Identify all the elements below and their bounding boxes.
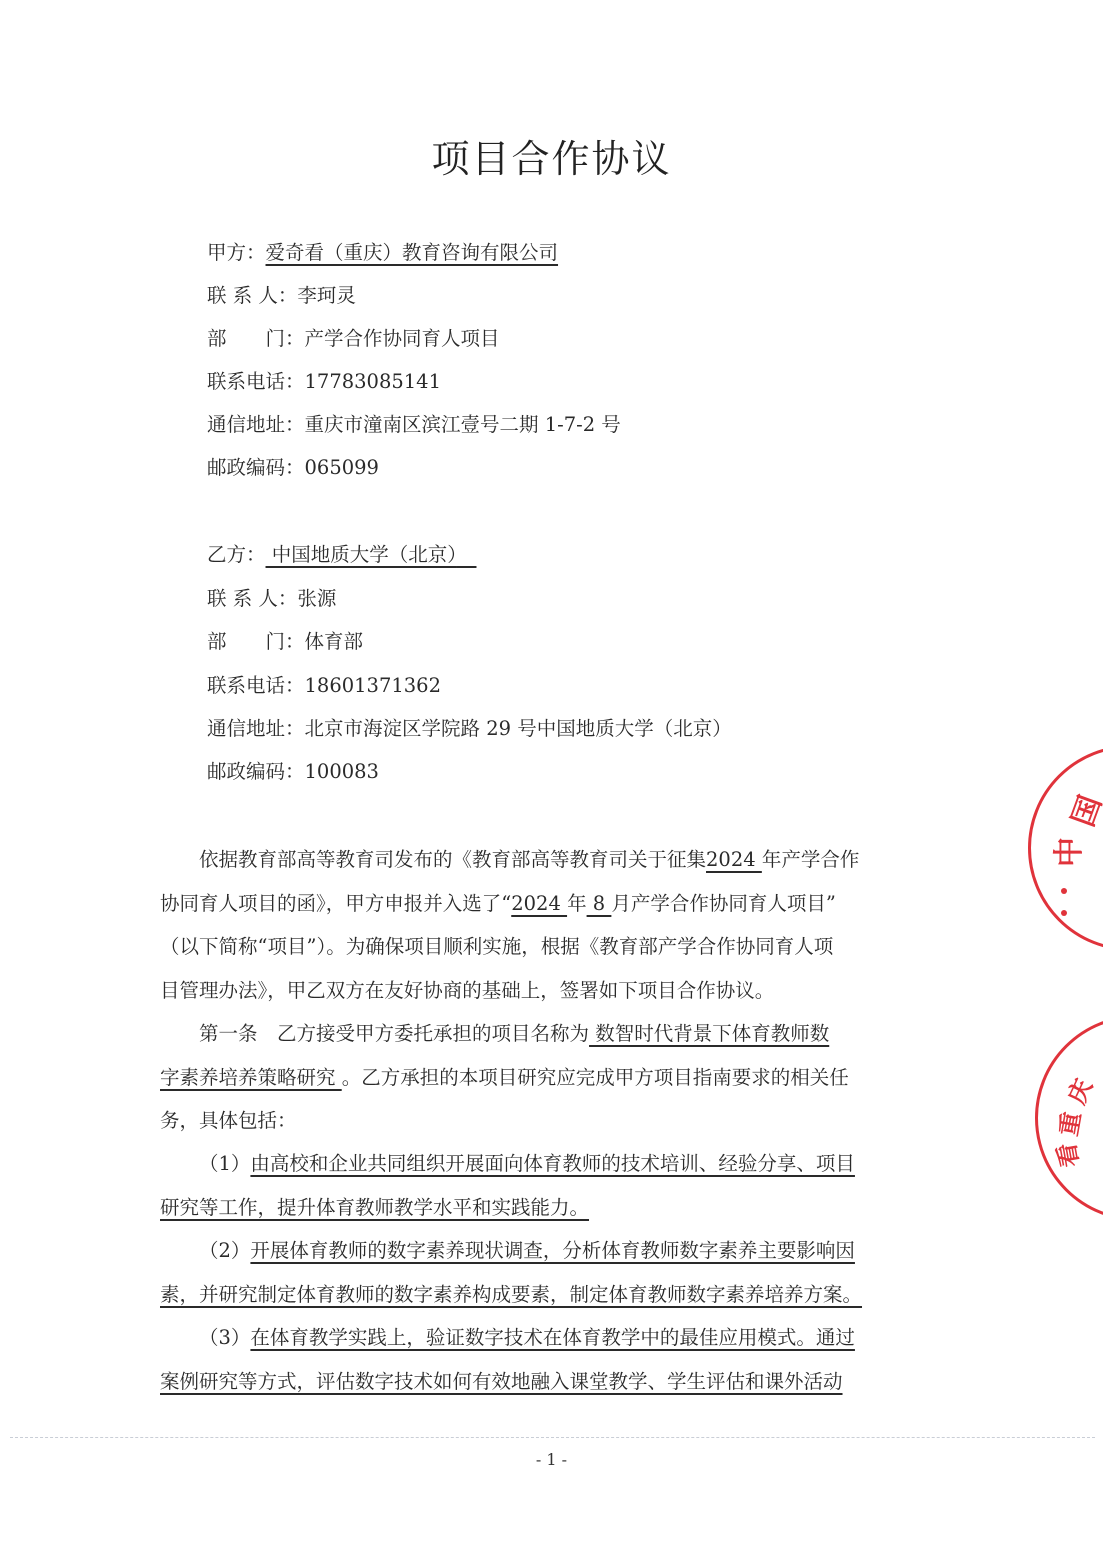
party-a-contact-row: 联 系 人：李珂灵 <box>207 286 356 306</box>
task-item-3: （3）在体育教学实践上，验证数字技术在体育教学中的最佳应用模式。通过 案例研究等… <box>160 1316 952 1403</box>
party-b-contact: 张源 <box>297 587 336 610</box>
seal-char: 中 <box>1044 837 1088 867</box>
item-text: 开展体育教师的数字素养现状调查，分析体育教师数字素养主要影响因 <box>250 1239 855 1262</box>
task-item-1: （1）由高校和企业共同组织开展面向体育教师的技术培训、经验分享、项目 研究等工作… <box>160 1142 952 1229</box>
project-year: 2024 <box>511 892 567 915</box>
party-a-dept-label: 部 门： <box>207 327 305 350</box>
party-a-postcode-label: 邮政编码： <box>207 456 305 479</box>
article-text: 乙方接受甲方委托承担的项目名称为 <box>258 1022 590 1045</box>
party-b-address-row: 通信地址：北京市海淀区学院路 29 号中国地质大学（北京） <box>207 719 732 739</box>
party-b-label: 乙方： <box>207 543 266 566</box>
party-b-dept: 体育部 <box>305 630 364 653</box>
party-a-dept-row: 部 门：产学合作协同育人项目 <box>207 329 500 349</box>
party-b-phone: 18601371362 <box>305 674 441 697</box>
article-heading: 第一条 <box>199 1022 258 1045</box>
party-b-contact-label: 联 系 人： <box>207 587 297 610</box>
party-a-address: 重庆市潼南区滨江壹号二期 1-7-2 号 <box>305 413 621 436</box>
seal-char: 庆 <box>1057 1072 1099 1109</box>
intro-paragraph: 依据教育部高等教育司发布的《教育部高等教育司关于征集2024 年产学合作 协同育… <box>160 838 952 1012</box>
party-a-contact-label: 联 系 人： <box>207 284 297 307</box>
party-a-phone-row: 联系电话：17783085141 <box>207 372 441 392</box>
party-b-phone-label: 联系电话： <box>207 674 305 697</box>
article-text: 务，具体包括： <box>160 1099 952 1143</box>
project-month: 8 <box>587 892 612 915</box>
party-a-address-label: 通信地址： <box>207 413 305 436</box>
party-a-name: 爱奇看（重庆）教育咨询有限公司 <box>266 241 559 264</box>
party-b-dept-row: 部 门：体育部 <box>207 632 363 652</box>
party-b-postcode-label: 邮政编码： <box>207 760 305 783</box>
intro-text: 月产学合作协同育人项目” <box>611 892 835 915</box>
intro-text: 目管理办法》，甲乙双方在友好协商的基础上，签署如下项目合作协议。 <box>160 969 952 1013</box>
party-a-label: 甲方： <box>207 241 266 264</box>
item-text: 素，并研究制定体育教师的数字素养构成要素，制定体育教师数字素养培养方案。 <box>160 1283 862 1306</box>
project-name: 数智时代背景下体育教师数 <box>589 1022 829 1045</box>
party-b-dept-label: 部 门： <box>207 630 305 653</box>
party-b-postcode-row: 邮政编码：100083 <box>207 762 379 782</box>
party-a-phone: 17783085141 <box>305 370 441 393</box>
seal-char: 看 <box>1047 1141 1086 1171</box>
party-b-phone-row: 联系电话：18601371362 <box>207 676 441 696</box>
party-b-address: 北京市海淀区学院路 29 号中国地质大学（北京） <box>305 717 732 740</box>
party-a-address-row: 通信地址：重庆市潼南区滨江壹号二期 1-7-2 号 <box>207 415 621 435</box>
footer-divider <box>10 1437 1095 1438</box>
intro-text: 协同育人项目的函》，甲方申报并入选了“ <box>160 892 511 915</box>
item-number: （3） <box>199 1326 250 1349</box>
university-seal: 国 中 <box>1028 745 1103 951</box>
intro-text: （以下简称“项目”）。为确保项目顺利实施，根据《教育部产学合作协同育人项 <box>160 925 952 969</box>
party-a-contact: 李珂灵 <box>297 284 356 307</box>
item-text: 案例研究等方式，评估数字技术如何有效地融入课堂教学、学生评估和课外活动 <box>160 1370 843 1393</box>
document-title: 项目合作协议 <box>0 128 1103 183</box>
seal-char: 重 <box>1049 1109 1088 1139</box>
intro-text: 年 <box>567 892 587 915</box>
party-b-postcode: 100083 <box>305 760 379 783</box>
party-a-postcode: 065099 <box>305 456 379 479</box>
article-1: 第一条 乙方接受甲方委托承担的项目名称为 数智时代背景下体育教师数 字素养培养策… <box>160 1012 952 1143</box>
intro-year: 2024 <box>706 848 762 871</box>
task-item-2: （2）开展体育教师的数字素养现状调查，分析体育教师数字素养主要影响因 素，并研究… <box>160 1229 952 1316</box>
party-b-address-label: 通信地址： <box>207 717 305 740</box>
intro-text: 年产学合作 <box>762 848 860 871</box>
item-text: 由高校和企业共同组织开展面向体育教师的技术培训、经验分享、项目 <box>250 1152 855 1175</box>
seal-char: 国 <box>1058 788 1103 831</box>
party-a-postcode-row: 邮政编码：065099 <box>207 458 379 478</box>
company-seal: 庆 重 看 <box>1035 1015 1103 1221</box>
item-number: （1） <box>199 1152 250 1175</box>
intro-text: 依据教育部高等教育司发布的《教育部高等教育司关于征集 <box>199 848 706 871</box>
party-a-phone-label: 联系电话： <box>207 370 305 393</box>
party-b-contact-row: 联 系 人：张源 <box>207 589 336 609</box>
party-a-dept: 产学合作协同育人项目 <box>305 327 500 350</box>
party-a-name-row: 甲方：爱奇看（重庆）教育咨询有限公司 <box>207 243 558 263</box>
item-text: 在体育教学实践上，验证数字技术在体育教学中的最佳应用模式。通过 <box>250 1326 855 1349</box>
party-b-name-row: 乙方： 中国地质大学（北京） <box>207 545 476 565</box>
page-number: - 1 - <box>0 1450 1103 1469</box>
article-text: 。乙方承担的本项目研究应完成甲方项目指南要求的相关任 <box>342 1066 849 1089</box>
party-b-name: 中国地质大学（北京） <box>266 543 457 566</box>
item-number: （2） <box>199 1239 250 1262</box>
project-name: 字素养培养策略研究 <box>160 1066 342 1089</box>
item-text: 研究等工作，提升体育教师教学水平和实践能力。 <box>160 1196 589 1219</box>
